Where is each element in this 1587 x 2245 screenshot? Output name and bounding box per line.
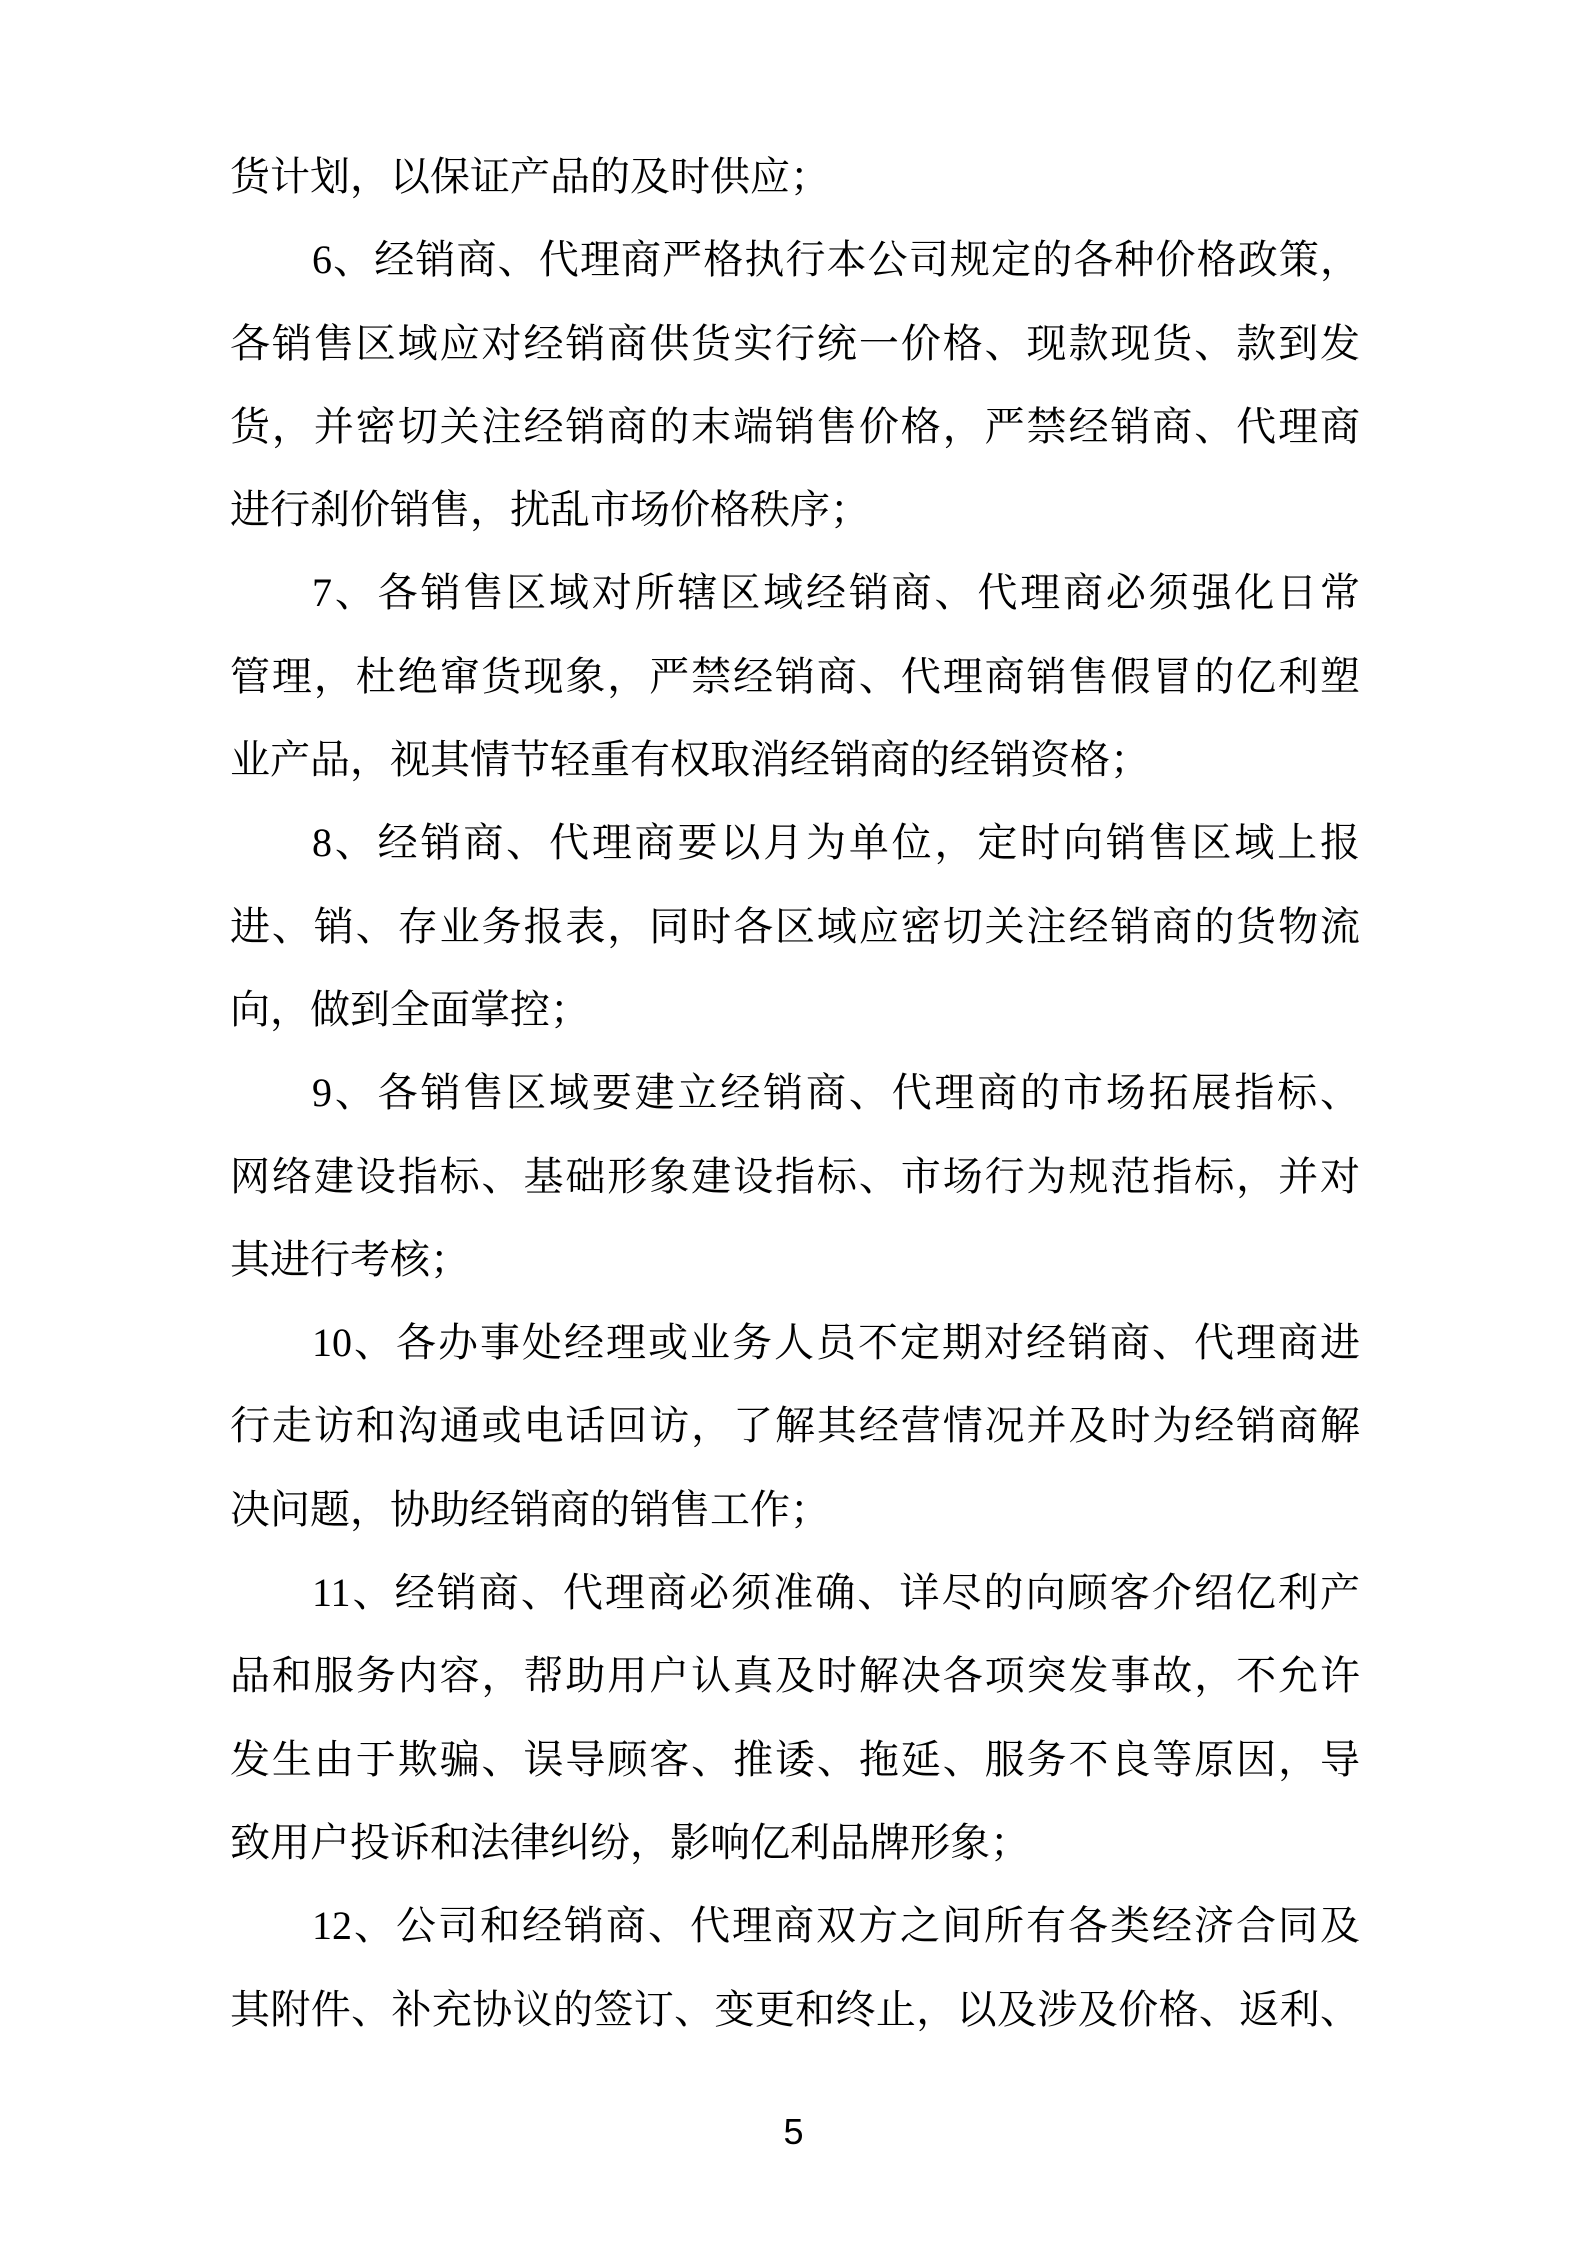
text-line: 致用户投诉和法律纠纷，影响亿利品牌形象； xyxy=(230,1801,1360,1884)
text-line: 8、经销商、代理商要以月为单位，定时向销售区域上报 xyxy=(230,801,1360,884)
text-line: 进、销、存业务报表，同时各区域应密切关注经销商的货物流 xyxy=(230,885,1360,968)
text-line: 品和服务内容，帮助用户认真及时解决各项突发事故，不允许 xyxy=(230,1634,1360,1717)
text-line: 行走访和沟通或电话回访，了解其经营情况并及时为经销商解 xyxy=(230,1384,1360,1467)
text-line: 网络建设指标、基础形象建设指标、市场行为规范指标，并对 xyxy=(230,1135,1360,1218)
text-line: 6、经销商、代理商严格执行本公司规定的各种价格政策， xyxy=(230,218,1360,301)
text-line: 管理，杜绝窜货现象，严禁经销商、代理商销售假冒的亿利塑 xyxy=(230,635,1360,718)
text-line: 9、各销售区域要建立经销商、代理商的市场拓展指标、 xyxy=(230,1051,1360,1134)
page-number: 5 xyxy=(0,2112,1587,2152)
text-line: 其附件、补充协议的签订、变更和终止，以及涉及价格、返利、 xyxy=(230,1968,1360,2051)
text-line: 向，做到全面掌控； xyxy=(230,968,1360,1051)
document-text-block: 货计划，以保证产品的及时供应；6、经销商、代理商严格执行本公司规定的各种价格政策… xyxy=(230,135,1360,2051)
text-line: 货，并密切关注经销商的末端销售价格，严禁经销商、代理商 xyxy=(230,385,1360,468)
text-line: 7、各销售区域对所辖区域经销商、代理商必须强化日常 xyxy=(230,551,1360,634)
text-line: 发生由于欺骗、误导顾客、推诿、拖延、服务不良等原因，导 xyxy=(230,1718,1360,1801)
text-line: 各销售区域应对经销商供货实行统一价格、现款现货、款到发 xyxy=(230,302,1360,385)
text-line: 10、各办事处经理或业务人员不定期对经销商、代理商进 xyxy=(230,1301,1360,1384)
text-line: 进行刹价销售，扰乱市场价格秩序； xyxy=(230,468,1360,551)
text-line: 11、经销商、代理商必须准确、详尽的向顾客介绍亿利产 xyxy=(230,1551,1360,1634)
text-line: 业产品，视其情节轻重有权取消经销商的经销资格； xyxy=(230,718,1360,801)
text-line: 货计划，以保证产品的及时供应； xyxy=(230,135,1360,218)
document-page: 货计划，以保证产品的及时供应；6、经销商、代理商严格执行本公司规定的各种价格政策… xyxy=(0,0,1587,2245)
text-line: 决问题，协助经销商的销售工作； xyxy=(230,1468,1360,1551)
text-line: 其进行考核； xyxy=(230,1218,1360,1301)
text-line: 12、公司和经销商、代理商双方之间所有各类经济合同及 xyxy=(230,1884,1360,1967)
